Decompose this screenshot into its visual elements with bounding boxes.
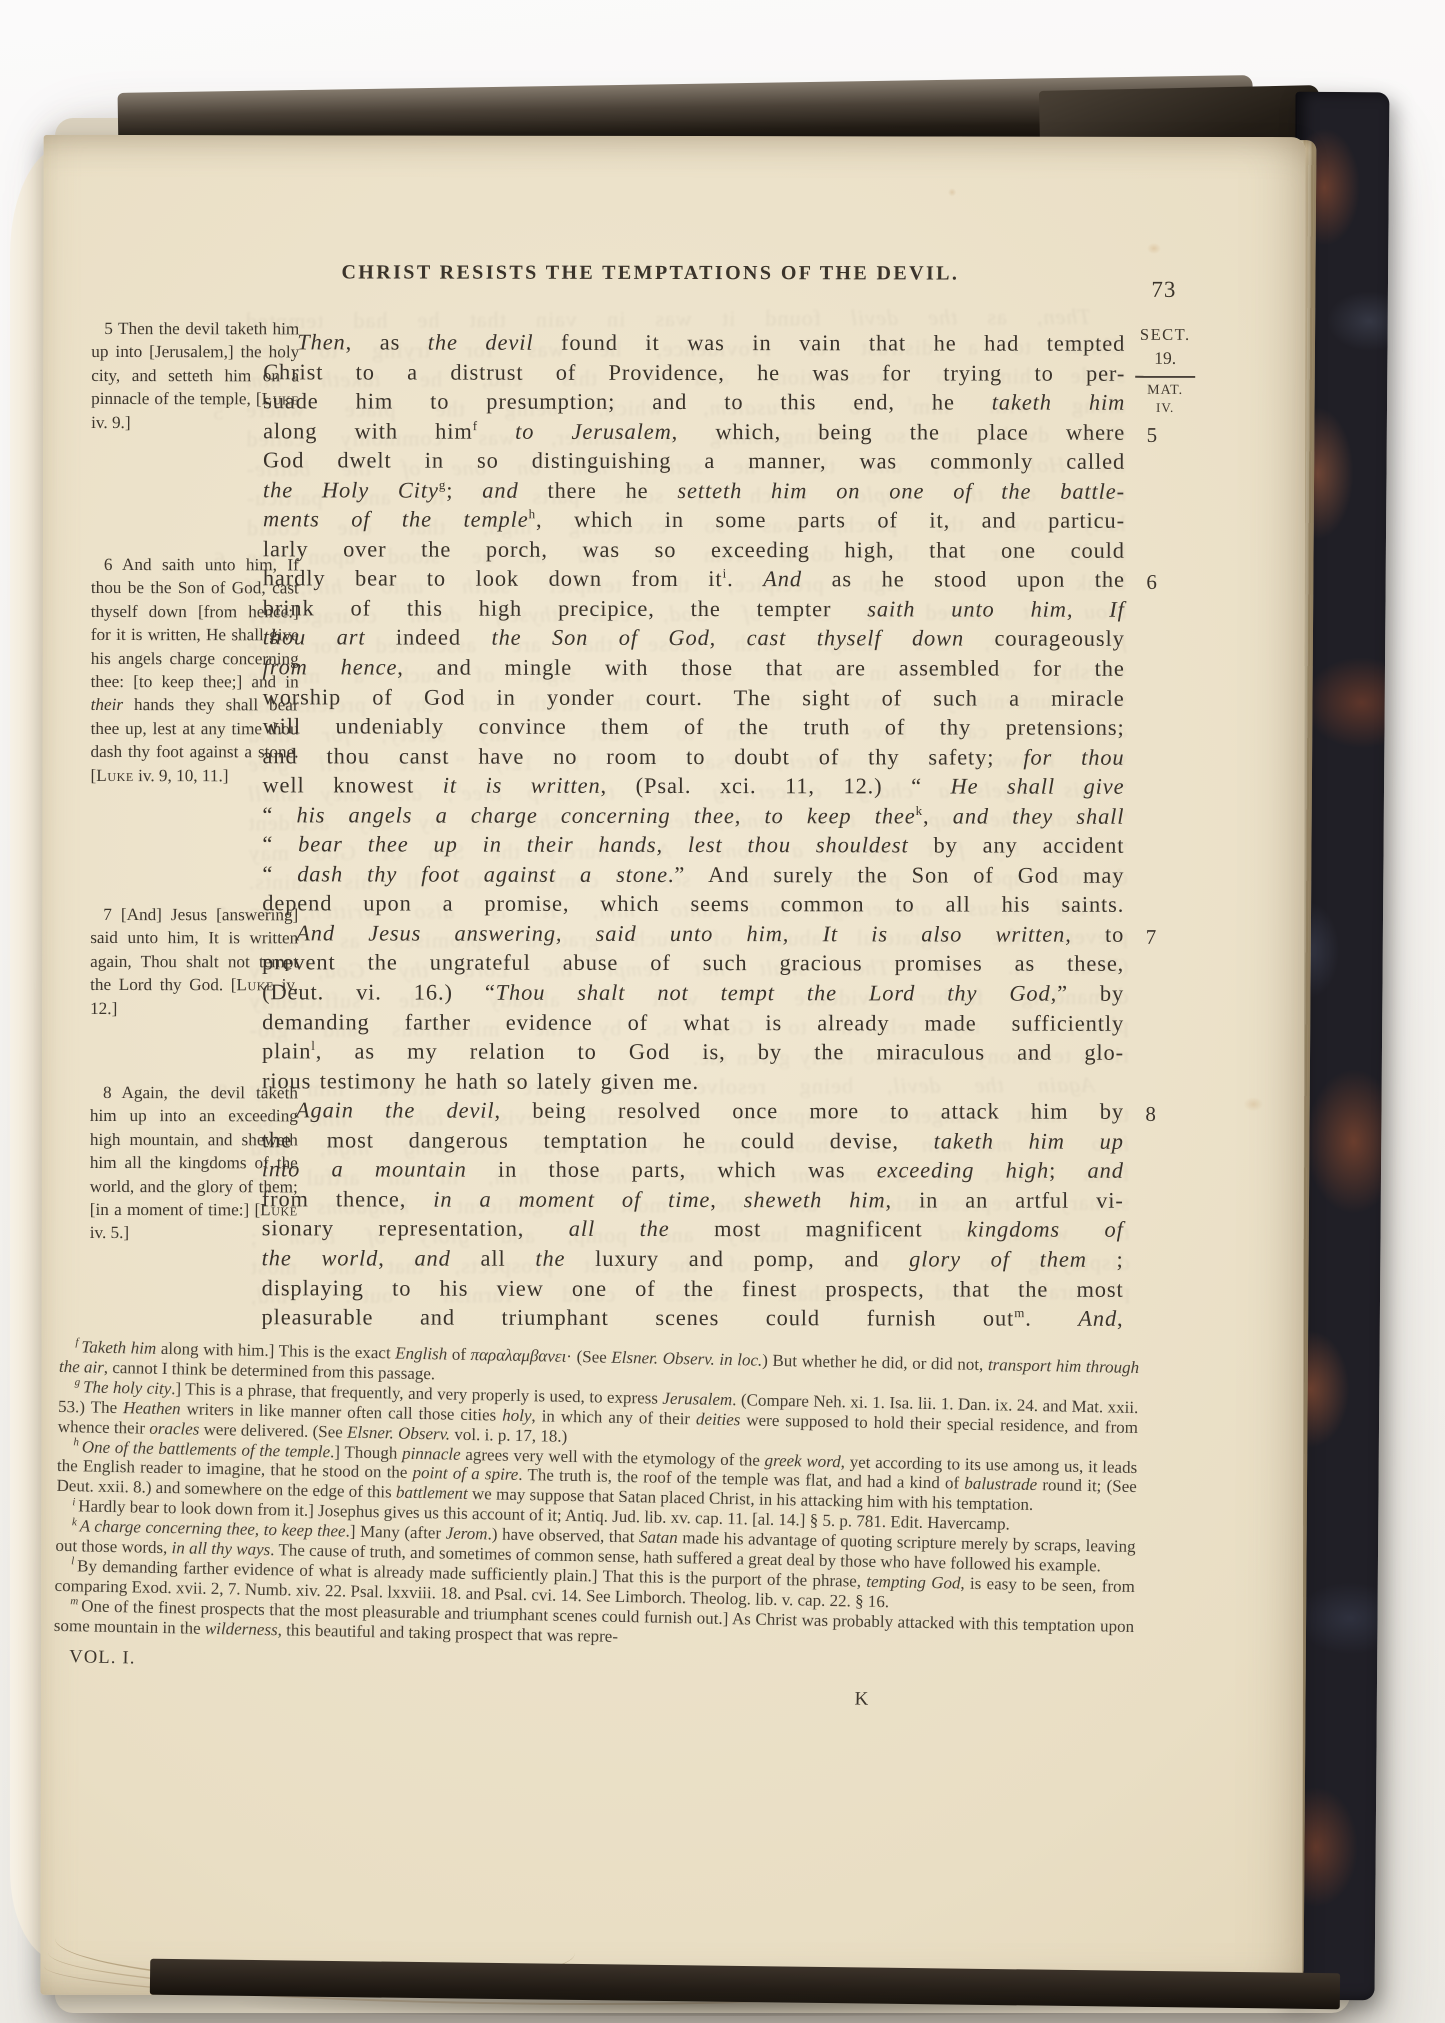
- body-line-text: And Jesus answering, said unto him, It i…: [296, 920, 1124, 946]
- body-line: “ dash thy foot against a stone.” And su…: [262, 859, 1124, 890]
- section-margin-block: SECT. 19. MAT. IV.: [1121, 325, 1209, 416]
- body-line-text: well knowest it is written, (Psal. xci. …: [262, 772, 1124, 799]
- body-line-text: “ dash thy foot against a stone.” And su…: [262, 861, 1124, 888]
- body-line-text: sionary representation, all the most mag…: [262, 1216, 1124, 1243]
- body-line: depend upon a promise, which seems commo…: [262, 889, 1124, 920]
- body-line: larly over the porch, was so exceeding h…: [263, 534, 1125, 565]
- page-footer: VOL. I.K: [52, 1647, 1133, 1732]
- body-line-text: displaying to his view one of the finest…: [262, 1275, 1124, 1302]
- running-header: CHRIST RESISTS THE TEMPTATIONS OF THE DE…: [288, 261, 1012, 285]
- body-line: ments of the templeh, which in some part…: [263, 505, 1125, 536]
- verse-number: 6: [1146, 568, 1157, 598]
- section-label: SECT.: [1121, 325, 1209, 345]
- body-line: suade him to presumption; and to this en…: [263, 386, 1125, 417]
- body-line: and thou canst have no room to doubt of …: [263, 741, 1125, 772]
- body-line-text: hardly bear to look down from iti. And a…: [263, 566, 1125, 593]
- body-line: sionary representation, all the most mag…: [262, 1214, 1124, 1245]
- page-number: 73: [1151, 277, 1176, 303]
- body-line-text: “ bear thee up in their hands, lest thou…: [262, 832, 1124, 859]
- body-line: from hence, and mingle with those that a…: [263, 652, 1125, 683]
- body-line-text: into a mountain in those parts, which wa…: [262, 1157, 1124, 1184]
- body-line: (Deut. vi. 16.) “Thou shalt not tempt th…: [262, 977, 1124, 1008]
- kjv-verse-number: 8: [103, 1083, 112, 1102]
- body-line: prevent the ungrateful abuse of such gra…: [262, 948, 1124, 979]
- footnote-mark: l: [71, 1556, 74, 1568]
- body-line: well knowest it is written, (Psal. xci. …: [262, 770, 1124, 801]
- body-line: into a mountain in those parts, which wa…: [262, 1155, 1124, 1186]
- body-line: rious testimony he hath so lately given …: [262, 1066, 1124, 1097]
- body-line-text: along with himf to Jerusalem, which, bei…: [263, 418, 1125, 445]
- body-line-text: the world, and all the luxury and pomp, …: [262, 1245, 1124, 1272]
- section-number: 19.: [1121, 348, 1209, 369]
- footnote-mark: f: [75, 1337, 78, 1349]
- body-line-text: plainl, as my relation to God is, by the…: [262, 1038, 1124, 1065]
- floor-shadow: [70, 1990, 1370, 2016]
- body-line-text: thou art indeed the Son of God, cast thy…: [263, 625, 1125, 652]
- body-line-text: prevent the ungrateful abuse of such gra…: [262, 950, 1124, 977]
- body-line: Then, as the devil found it was in vain …: [263, 327, 1125, 358]
- volume-label: VOL. I.: [69, 1648, 136, 1669]
- body-line-text: rious testimony he hath so lately given …: [262, 1068, 699, 1094]
- book-photo: Then, as the devil found it was in vain …: [0, 0, 1445, 2023]
- paraphrase-column: Then, as the devil found it was in vain …: [262, 327, 1126, 1333]
- footnotes-block: fTaketh him along with him.] This is the…: [52, 1337, 1139, 1733]
- body-line-text: ments of the templeh, which in some part…: [263, 507, 1125, 534]
- body-line: from thence, in a moment of time, shewet…: [262, 1184, 1124, 1215]
- body-line-text: depend upon a promise, which seems commo…: [262, 891, 1124, 918]
- body-line-text: and thou canst have no room to doubt of …: [263, 743, 1125, 770]
- kjv-verse-number: 5: [104, 319, 113, 338]
- body-line: demanding farther evidence of what is al…: [262, 1007, 1124, 1038]
- body-line-text: the Holy Cityg; and there he setteth him…: [263, 477, 1125, 504]
- gospel-label: MAT.: [1121, 383, 1209, 399]
- body-line-text: larly over the porch, was so exceeding h…: [263, 536, 1125, 563]
- body-line-text: suade him to presumption; and to this en…: [263, 388, 1125, 415]
- body-line-text: Christ to a distrust of Providence, he w…: [263, 359, 1125, 386]
- signature-mark: K: [854, 1689, 868, 1709]
- footnote-mark: m: [70, 1595, 78, 1607]
- body-line-text: pleasurable and triumphant scenes could …: [262, 1304, 1124, 1331]
- verse-number: 5: [1147, 420, 1158, 450]
- body-line-text: the most dangerous temptation he could d…: [262, 1127, 1124, 1154]
- section-divider: [1135, 376, 1195, 378]
- body-line: the most dangerous temptation he could d…: [262, 1125, 1124, 1156]
- body-line-text: demanding farther evidence of what is al…: [262, 1009, 1124, 1036]
- body-line: will undeniably convince them of the tru…: [263, 711, 1125, 742]
- body-line-text: brink of this high precipice, the tempte…: [263, 595, 1125, 622]
- body-line: And Jesus answering, said unto him, It i…: [262, 918, 1124, 949]
- body-line: displaying to his view one of the finest…: [262, 1273, 1124, 1304]
- footnote-mark: i: [72, 1496, 75, 1508]
- verse-number: 8: [1111, 1100, 1156, 1130]
- verse-number: 7: [1112, 923, 1157, 953]
- book-page: Then, as the devil found it was in vain …: [40, 135, 1305, 1997]
- kjv-verse-number: 6: [104, 555, 113, 574]
- body-line-text: from hence, and mingle with those that a…: [263, 654, 1125, 681]
- body-line: brink of this high precipice, the tempte…: [263, 593, 1125, 624]
- body-line: thou art indeed the Son of God, cast thy…: [263, 623, 1125, 654]
- body-line-text: worship of God in yonder court. The sigh…: [263, 684, 1125, 711]
- body-line: hardly bear to look down from iti. And a…: [263, 564, 1125, 595]
- footnote-mark: k: [72, 1516, 77, 1528]
- body-line: pleasurable and triumphant scenes could …: [262, 1302, 1124, 1333]
- body-line: “ bear thee up in their hands, lest thou…: [262, 830, 1124, 861]
- body-line-text: Again the devil, being resolved once mor…: [296, 1098, 1124, 1124]
- body-line: Christ to a distrust of Providence, he w…: [263, 357, 1125, 388]
- body-line-text: (Deut. vi. 16.) “Thou shalt not tempt th…: [262, 979, 1124, 1006]
- body-line: the Holy Cityg; and there he setteth him…: [263, 475, 1125, 506]
- kjv-verse-number: 7: [103, 905, 112, 924]
- body-line-text: will undeniably convince them of the tru…: [263, 713, 1125, 740]
- footnote-mark: h: [73, 1436, 79, 1448]
- body-line: plainl, as my relation to God is, by the…: [262, 1036, 1124, 1067]
- chapter-label: IV.: [1121, 400, 1209, 416]
- footnote-text: Taketh him along with him.] This is the …: [59, 1337, 1140, 1383]
- body-line: “ his angels a charge concerning thee, t…: [262, 800, 1124, 831]
- footnote-mark: g: [75, 1376, 81, 1388]
- body-line-text: from thence, in a moment of time, shewet…: [262, 1186, 1124, 1213]
- body-line: Again the devil, being resolved once mor…: [262, 1096, 1124, 1127]
- body-line: the world, and all the luxury and pomp, …: [262, 1243, 1124, 1274]
- body-line-text: “ his angels a charge concerning thee, t…: [262, 802, 1124, 829]
- body-line-text: God dwelt in so distinguishing a manner,…: [263, 447, 1125, 474]
- body-line: worship of God in yonder court. The sigh…: [263, 682, 1125, 713]
- body-line-text: Then, as the devil found it was in vain …: [297, 329, 1125, 355]
- body-line: along with himf to Jerusalem, which, bei…: [263, 416, 1125, 447]
- body-line: God dwelt in so distinguishing a manner,…: [263, 445, 1125, 476]
